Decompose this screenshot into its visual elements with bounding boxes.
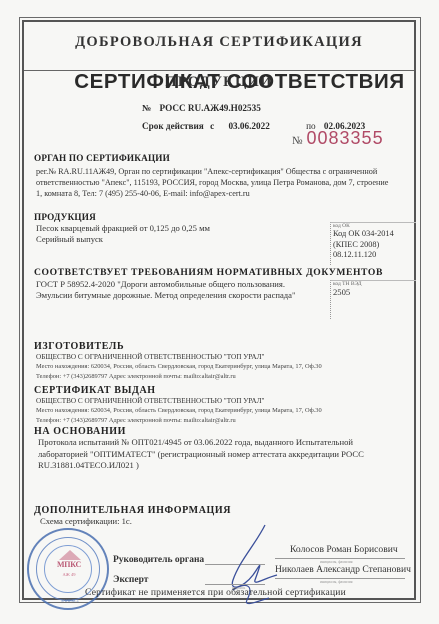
basis-line: Протокола испытаний № ОПТ021/4945 от 03.… bbox=[38, 437, 418, 449]
expert-name: Николаев Александр Степанович bbox=[275, 564, 411, 575]
additional-info-heading: ДОПОЛНИТЕЛЬНАЯ ИНФОРМАЦИЯ bbox=[34, 505, 231, 516]
product-details: Песок кварцевый фракцией от 0,125 до 0,2… bbox=[36, 223, 326, 246]
manufacturer-details: ОБЩЕСТВО С ОГРАНИЧЕННОЙ ОТВЕТСТВЕННОСТЬЮ… bbox=[36, 353, 416, 381]
product-heading: ПРОДУКЦИЯ bbox=[34, 212, 96, 222]
basis-line: RU.31881.04ТЕСО.ИЛ021 ) bbox=[38, 460, 418, 472]
tn-ved-box: код ТН ВЭД 2505 bbox=[330, 280, 416, 319]
certification-body-heading: ОРГАН ПО СЕРТИФИКАЦИИ bbox=[34, 153, 170, 163]
issued-to-heading: СЕРТИФИКАТ ВЫДАН bbox=[34, 385, 156, 396]
head-name: Колосов Роман Борисович bbox=[290, 544, 398, 555]
stamp-subtext: АЖ 49 bbox=[49, 572, 89, 577]
cert-body-line: рег.№ RA.RU.11АЖ49, Орган по сертификаци… bbox=[36, 166, 416, 177]
ok-code-line: Код ОК 034-2014 bbox=[333, 229, 416, 240]
head-of-body-label: Руководитель органа bbox=[113, 555, 204, 565]
standard-line: Эмульсии битумные дорожные. Метод опреде… bbox=[36, 290, 336, 301]
basis-heading: НА ОСНОВАНИИ bbox=[34, 426, 126, 437]
tn-ved-value: 2505 bbox=[333, 287, 416, 297]
cert-body-line: ответственностью "Апекс", 115193, РОССИЯ… bbox=[36, 177, 416, 188]
from-label: с bbox=[210, 121, 214, 131]
serial-number: 0083355 bbox=[307, 128, 384, 148]
expert-signature-line bbox=[205, 584, 265, 585]
certification-scheme: Схема сертификации: 1с. bbox=[40, 516, 132, 527]
expert-name-caption: инициалы, фамилия bbox=[320, 580, 352, 584]
manufacturer-contacts: Телефон: +7 (343)2689797 Адрес электронн… bbox=[36, 372, 416, 382]
cert-body-line: 1, комната 8, Тел: 7 (495) 255-40-06, E-… bbox=[36, 188, 416, 199]
stamp-logo: МПКС bbox=[49, 560, 89, 569]
certification-body-details: рег.№ RA.RU.11АЖ49, Орган по сертификаци… bbox=[36, 166, 416, 199]
manufacturer-heading: ИЗГОТОВИТЕЛЬ bbox=[34, 341, 124, 352]
expert-name-line bbox=[275, 578, 405, 579]
number-label: № bbox=[142, 103, 151, 113]
product-name: Песок кварцевый фракцией от 0,125 до 0,2… bbox=[36, 223, 326, 234]
footer-note: Сертификат не применяется при обязательн… bbox=[85, 587, 346, 598]
product-release-type: Серийный выпуск bbox=[36, 234, 326, 245]
basis-line: лабораторией "ОПТИМАТЕСТ" (регистрационн… bbox=[38, 449, 418, 461]
compliance-heading: СООТВЕТСТВУЕТ ТРЕБОВАНИЯМ НОРМАТИВНЫХ ДО… bbox=[34, 267, 383, 278]
ok-code-box: код ОК Код ОК 034-2014 (КПЕС 2008) 08.12… bbox=[330, 222, 416, 265]
serial-label: № bbox=[292, 135, 303, 147]
stamp-roof-icon bbox=[59, 550, 81, 560]
issued-to-details: ОБЩЕСТВО С ОГРАНИЧЕННОЙ ОТВЕТСТВЕННОСТЬЮ… bbox=[36, 397, 416, 425]
issued-to-address: Место нахождения: 620034, Россия, област… bbox=[36, 406, 416, 416]
basis-details: Протокола испытаний № ОПТ021/4945 от 03.… bbox=[38, 437, 418, 472]
issued-to-name: ОБЩЕСТВО С ОГРАНИЧЕННОЙ ОТВЕТСТВЕННОСТЬЮ… bbox=[36, 397, 416, 406]
certificate-number: РОСС RU.АЖ49.Н02535 bbox=[160, 103, 261, 113]
validity-label: Срок действия bbox=[142, 121, 204, 131]
issued-to-contacts: Телефон: +7 (343)2689797 Адрес электронн… bbox=[36, 416, 416, 426]
standard-line: ГОСТ Р 58952.4-2020 "Дороги автомобильны… bbox=[36, 279, 336, 290]
ok-code-line: 08.12.11.120 bbox=[333, 250, 416, 261]
serial-number-row: № 0083355 bbox=[292, 128, 384, 149]
valid-from-date: 03.06.2022 bbox=[228, 121, 269, 131]
manufacturer-address: Место нахождения: 620034, Россия, област… bbox=[36, 362, 416, 372]
ok-code-line: (КПЕС 2008) bbox=[333, 240, 416, 251]
voluntary-certification-banner: ДОБРОВОЛЬНАЯ СЕРТИФИКАЦИЯ ПРОДУКЦИИ bbox=[24, 22, 414, 71]
head-name-line bbox=[275, 558, 405, 559]
certificate-number-row: № РОСС RU.АЖ49.Н02535 bbox=[142, 103, 261, 113]
stamp-bottom-text: «АПЕКС» bbox=[53, 598, 87, 603]
compliance-details: ГОСТ Р 58952.4-2020 "Дороги автомобильны… bbox=[36, 279, 336, 302]
expert-label: Эксперт bbox=[113, 575, 148, 585]
manufacturer-name: ОБЩЕСТВО С ОГРАНИЧЕННОЙ ОТВЕТСТВЕННОСТЬЮ… bbox=[36, 353, 416, 362]
certificate-title: СЕРТИФИКАТ СООТВЕТСТВИЯ bbox=[0, 70, 439, 94]
